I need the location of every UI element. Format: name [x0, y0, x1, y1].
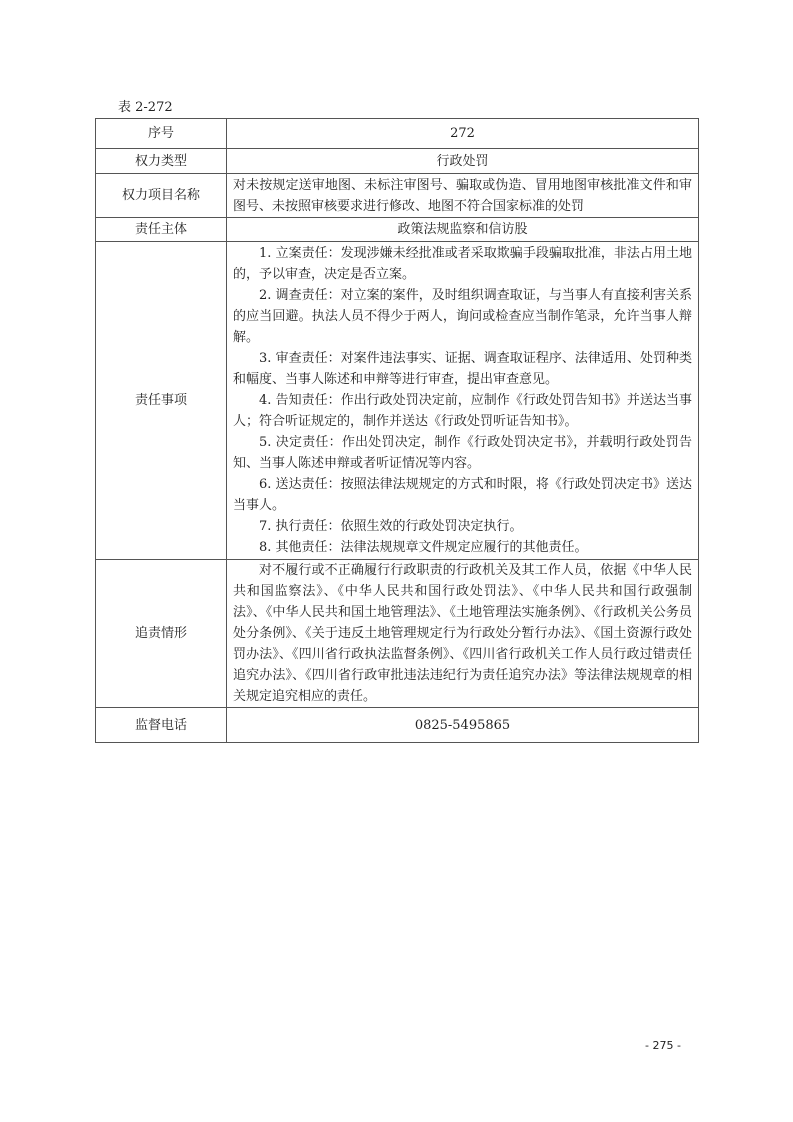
accountability-cell: 对不履行或不正确履行行政职责的行政机关及其工作人员，依据《中华人民共和国监察法》… — [227, 560, 699, 708]
table-row: 权力类型 行政处罚 — [96, 149, 699, 174]
table-caption: 表 2-272 — [118, 96, 173, 115]
power-type-value: 行政处罚 — [227, 149, 699, 174]
accountability-value: 对不履行或不正确履行行政职责的行政机关及其工作人员，依据《中华人民共和国监察法》… — [233, 560, 692, 707]
table-row: 追责情形 对不履行或不正确履行行政职责的行政机关及其工作人员，依据《中华人民共和… — [96, 560, 699, 708]
duty-item: 3. 审查责任：对案件违法事实、证据、调查取证程序、法律适用、处罚种类和幅度、当… — [233, 348, 692, 390]
item-name-value: 对未按规定送审地图、未标注审图号、骗取或伪造、冒用地图审核批准文件和审图号、未按… — [227, 174, 699, 218]
phone-value: 0825-5495865 — [227, 708, 699, 743]
table-row: 责任主体 政策法规监察和信访股 — [96, 218, 699, 242]
power-type-label: 权力类型 — [96, 149, 227, 174]
page-number: - 275 - — [645, 1039, 681, 1052]
duties-value: 1. 立案责任：发现涉嫌未经批准或者采取欺骗手段骗取批准，非法占用土地的，予以审… — [227, 242, 699, 560]
duty-item: 5. 决定责任：作出处罚决定，制作《行政处罚决定书》，并载明行政处罚告知、当事人… — [233, 432, 692, 474]
duty-item: 7. 执行责任：依照生效的行政处罚决定执行。 — [233, 516, 692, 537]
duty-item: 8. 其他责任：法律法规规章文件规定应履行的其他责任。 — [233, 537, 692, 558]
accountability-label: 追责情形 — [96, 560, 227, 708]
subject-value: 政策法规监察和信访股 — [227, 218, 699, 242]
serial-value: 272 — [227, 119, 699, 149]
serial-label: 序号 — [96, 119, 227, 149]
table-row: 序号 272 — [96, 119, 699, 149]
duty-item: 6. 送达责任：按照法律法规规定的方式和时限，将《行政处罚决定书》送达当事人。 — [233, 474, 692, 516]
table-row: 责任事项 1. 立案责任：发现涉嫌未经批准或者采取欺骗手段骗取批准，非法占用土地… — [96, 242, 699, 560]
phone-label: 监督电话 — [96, 708, 227, 743]
duty-item: 2. 调查责任：对立案的案件，及时组织调查取证，与当事人有直接利害关系的应当回避… — [233, 285, 692, 348]
duties-label: 责任事项 — [96, 242, 227, 560]
duty-item: 4. 告知责任：作出行政处罚决定前，应制作《行政处罚告知书》并送达当事人；符合听… — [233, 390, 692, 432]
table-row: 监督电话 0825-5495865 — [96, 708, 699, 743]
subject-label: 责任主体 — [96, 218, 227, 242]
table-row: 权力项目名称 对未按规定送审地图、未标注审图号、骗取或伪造、冒用地图审核批准文件… — [96, 174, 699, 218]
item-name-label: 权力项目名称 — [96, 174, 227, 218]
duty-item: 1. 立案责任：发现涉嫌未经批准或者采取欺骗手段骗取批准，非法占用土地的，予以审… — [233, 243, 692, 285]
power-list-table: 序号 272 权力类型 行政处罚 权力项目名称 对未按规定送审地图、未标注审图号… — [95, 118, 699, 743]
